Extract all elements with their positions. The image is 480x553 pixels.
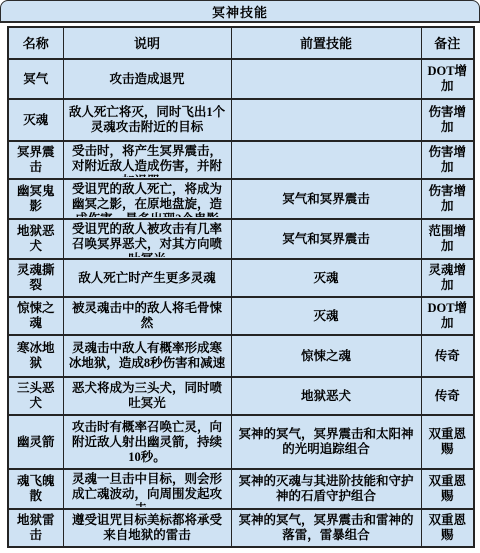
skill-desc-cell: 敌人死亡时产生更多灵魂 [63,259,231,297]
skill-prereq-cell-text: 冥神的冥气，冥界震击和雷神的落雷，雷暴组合 [235,513,418,543]
table-row: 三头恶犬恶犬将成为三头犬，同时喷吐冥光地狱恶犬传奇 [8,377,474,415]
skill-prereq-cell-text: 惊悚之魂 [235,349,418,364]
skill-desc-cell-text: 受击时，将产生冥界震击，对附近敌人造成伤害，并附加退咒。 [67,144,228,177]
skill-name-cell-text: 寒冰地狱 [12,341,60,371]
skill-prereq-cell: 冥气和冥界震击 [231,219,421,259]
table-row: 幽冥鬼影受诅咒的敌人死亡，将成为幽冥之影，在原地盘旋，造成伤害，最多出现2个鬼影… [8,179,474,219]
skill-desc-cell-text: 遵受诅咒目标美标都将承受来自地狱的雷击 [67,513,228,543]
skill-desc-cell-text: 灵魂击中敌人有概率形成寒冰地狱，造成8秒伤害和减速 [67,341,228,371]
skill-prereq-cell [231,141,421,179]
skill-prereq-cell: 地狱恶犬 [231,377,421,415]
skill-name-cell: 灭魂 [8,99,63,141]
table-row: 冥气攻击造成退咒DOT增加 [8,59,474,99]
skill-prereq-cell: 冥神的灭魂与其进阶技能和守护神的石盾守护组合 [231,469,421,509]
skill-note-cell: 双重恩赐 [421,415,474,469]
skill-note-cell: 双重恩赐 [421,509,474,547]
skill-name-cell-text: 地狱恶犬 [12,224,60,254]
column-header-note: 备注 [421,27,474,59]
table-row: 灵魂撕裂敌人死亡时产生更多灵魂灭魂灵魂增加 [8,259,474,297]
skill-note-cell: 双重恩赐 [421,469,474,509]
skill-desc-cell: 灵魂击中敌人有概率形成寒冰地狱，造成8秒伤害和减速 [63,335,231,377]
skill-prereq-cell: 冥气和冥界震击 [231,179,421,219]
skill-desc-cell: 敌人死亡将灭，同时飞出1个灵魂攻击附近的目标 [63,99,231,141]
skill-note-cell-text: DOT增加 [425,64,471,94]
skill-desc-cell-text: 被灵魂击中的敌人将毛骨悚然 [67,301,228,331]
skill-note-cell-text: 双重恩赐 [425,513,471,543]
skill-desc-cell: 受击时，将产生冥界震击，对附近敌人造成伤害，并附加退咒。 [63,141,231,179]
skill-prereq-cell: 惊悚之魂 [231,335,421,377]
skill-desc-cell-text: 敌人死亡将灭，同时飞出1个灵魂攻击附近的目标 [67,105,228,135]
skill-name-cell-text: 幽灵箭 [12,435,60,450]
column-header-name: 名称 [8,27,63,59]
skill-prereq-cell [231,59,421,99]
skill-desc-cell-text: 受诅咒的敌人被攻击有几率召唤冥界恶犬，对其方向喷吐冥光 [67,222,228,257]
skill-prereq-cell: 灭魂 [231,259,421,297]
table-header-row: 名称说明前置技能备注 [8,27,474,59]
skill-name-cell: 地狱雷击 [8,509,63,547]
skill-name-cell: 地狱恶犬 [8,219,63,259]
table-row: 地狱雷击遵受诅咒目标美标都将承受来自地狱的雷击冥神的冥气，冥界震击和雷神的落雷，… [8,509,474,547]
column-header-prereq: 前置技能 [231,27,421,59]
skill-note-cell-text: 范围增加 [425,224,471,254]
table-row: 灭魂敌人死亡将灭，同时飞出1个灵魂攻击附近的目标伤害增加 [8,99,474,141]
skill-name-cell-text: 三头恶犬 [12,381,60,411]
skill-table-page: 冥神技能 名称说明前置技能备注 冥气攻击造成退咒DOT增加灭魂敌人死亡将灭，同时… [0,0,480,553]
skill-desc-cell-text: 灵魂一旦击中目标，则会形成亡魂波动，向周围发起攻击。 [67,472,228,507]
skill-name-cell-text: 地狱雷击 [12,513,60,543]
skill-name-cell-text: 灵魂撕裂 [12,263,60,293]
skill-note-cell-text: 伤害增加 [425,184,471,214]
skill-name-cell-text: 幽冥鬼影 [12,184,60,214]
skill-desc-cell: 受诅咒的敌人死亡，将成为幽冥之影，在原地盘旋，造成伤害，最多出现2个鬼影 [63,179,231,219]
page-title: 冥神技能 [0,0,480,23]
skill-desc-cell: 恶犬将成为三头犬，同时喷吐冥光 [63,377,231,415]
skill-name-cell: 幽冥鬼影 [8,179,63,219]
skill-note-cell-text: 双重恩赐 [425,474,471,504]
skill-note-cell-text: 双重恩赐 [425,427,471,457]
skill-desc-cell-text: 敌人死亡时产生更多灵魂 [67,271,228,286]
skill-note-cell: 范围增加 [421,219,474,259]
skill-prereq-cell-text: 冥气和冥界震击 [235,192,418,207]
skill-note-cell-text: DOT增加 [425,301,471,331]
skill-note-cell: DOT增加 [421,59,474,99]
skill-prereq-cell-text: 灭魂 [235,271,418,286]
skill-desc-cell: 灵魂一旦击中目标，则会形成亡魂波动，向周围发起攻击。 [63,469,231,509]
skill-name-cell: 三头恶犬 [8,377,63,415]
skill-prereq-cell: 冥神的冥气，冥界震击和太阳神的光明追踪组合 [231,415,421,469]
skill-name-cell: 寒冰地狱 [8,335,63,377]
skill-desc-cell: 遵受诅咒目标美标都将承受来自地狱的雷击 [63,509,231,547]
skill-name-cell: 灵魂撕裂 [8,259,63,297]
skill-note-cell-text: 伤害增加 [425,145,471,175]
skill-note-cell-text: 传奇 [425,349,471,364]
table-row: 寒冰地狱灵魂击中敌人有概率形成寒冰地狱，造成8秒伤害和减速惊悚之魂传奇 [8,335,474,377]
skill-desc-cell-text: 攻击时有概率召唤亡灵，向附近敌人射出幽灵箭，持续10秒。 [67,420,228,465]
skill-note-cell: DOT增加 [421,297,474,335]
skill-desc-cell: 受诅咒的敌人被攻击有几率召唤冥界恶犬，对其方向喷吐冥光 [63,219,231,259]
skill-name-cell: 幽灵箭 [8,415,63,469]
skill-note-cell-text: 伤害增加 [425,105,471,135]
skill-desc-cell-text: 受诅咒的敌人死亡，将成为幽冥之影，在原地盘旋，造成伤害，最多出现2个鬼影 [67,182,228,217]
skill-name-cell-text: 冥气 [12,72,60,87]
skill-prereq-cell [231,99,421,141]
skill-desc-cell: 攻击造成退咒 [63,59,231,99]
skill-note-cell: 伤害增加 [421,141,474,179]
skill-name-cell: 惊悚之魂 [8,297,63,335]
skill-name-cell-text: 灭魂 [12,113,60,128]
table-row: 惊悚之魂被灵魂击中的敌人将毛骨悚然灭魂DOT增加 [8,297,474,335]
skill-name-cell: 冥界震击 [8,141,63,179]
skill-name-cell-text: 惊悚之魂 [12,301,60,331]
table-row: 冥界震击受击时，将产生冥界震击，对附近敌人造成伤害，并附加退咒。伤害增加 [8,141,474,179]
skill-prereq-cell-text: 灭魂 [235,309,418,324]
table-row: 幽灵箭攻击时有概率召唤亡灵，向附近敌人射出幽灵箭，持续10秒。冥神的冥气，冥界震… [8,415,474,469]
skill-prereq-cell-text: 冥气和冥界震击 [235,232,418,247]
table-row: 魂飞魄散灵魂一旦击中目标，则会形成亡魂波动，向周围发起攻击。冥神的灭魂与其进阶技… [8,469,474,509]
table-row: 地狱恶犬受诅咒的敌人被攻击有几率召唤冥界恶犬，对其方向喷吐冥光冥气和冥界震击范围… [8,219,474,259]
skill-note-cell-text: 灵魂增加 [425,263,471,293]
skill-name-cell-text: 魂飞魄散 [12,474,60,504]
skill-prereq-cell-text: 冥神的冥气，冥界震击和太阳神的光明追踪组合 [235,427,418,457]
skill-name-cell: 冥气 [8,59,63,99]
skill-prereq-cell-text: 地狱恶犬 [235,389,418,404]
skill-desc-cell: 被灵魂击中的敌人将毛骨悚然 [63,297,231,335]
skill-name-cell-text: 冥界震击 [12,145,60,175]
column-header-desc: 说明 [63,27,231,59]
skill-note-cell: 伤害增加 [421,179,474,219]
skill-note-cell: 伤害增加 [421,99,474,141]
skill-table: 名称说明前置技能备注 冥气攻击造成退咒DOT增加灭魂敌人死亡将灭，同时飞出1个灵… [7,26,475,548]
skill-desc-cell-text: 攻击造成退咒 [67,72,228,87]
skill-desc-cell: 攻击时有概率召唤亡灵，向附近敌人射出幽灵箭，持续10秒。 [63,415,231,469]
skill-note-cell: 灵魂增加 [421,259,474,297]
skill-prereq-cell: 冥神的冥气，冥界震击和雷神的落雷，雷暴组合 [231,509,421,547]
skill-name-cell: 魂飞魄散 [8,469,63,509]
skill-note-cell: 传奇 [421,377,474,415]
skill-prereq-cell: 灭魂 [231,297,421,335]
skill-prereq-cell-text: 冥神的灭魂与其进阶技能和守护神的石盾守护组合 [235,474,418,504]
skill-note-cell-text: 传奇 [425,389,471,404]
skill-desc-cell-text: 恶犬将成为三头犬，同时喷吐冥光 [67,381,228,411]
skill-note-cell: 传奇 [421,335,474,377]
